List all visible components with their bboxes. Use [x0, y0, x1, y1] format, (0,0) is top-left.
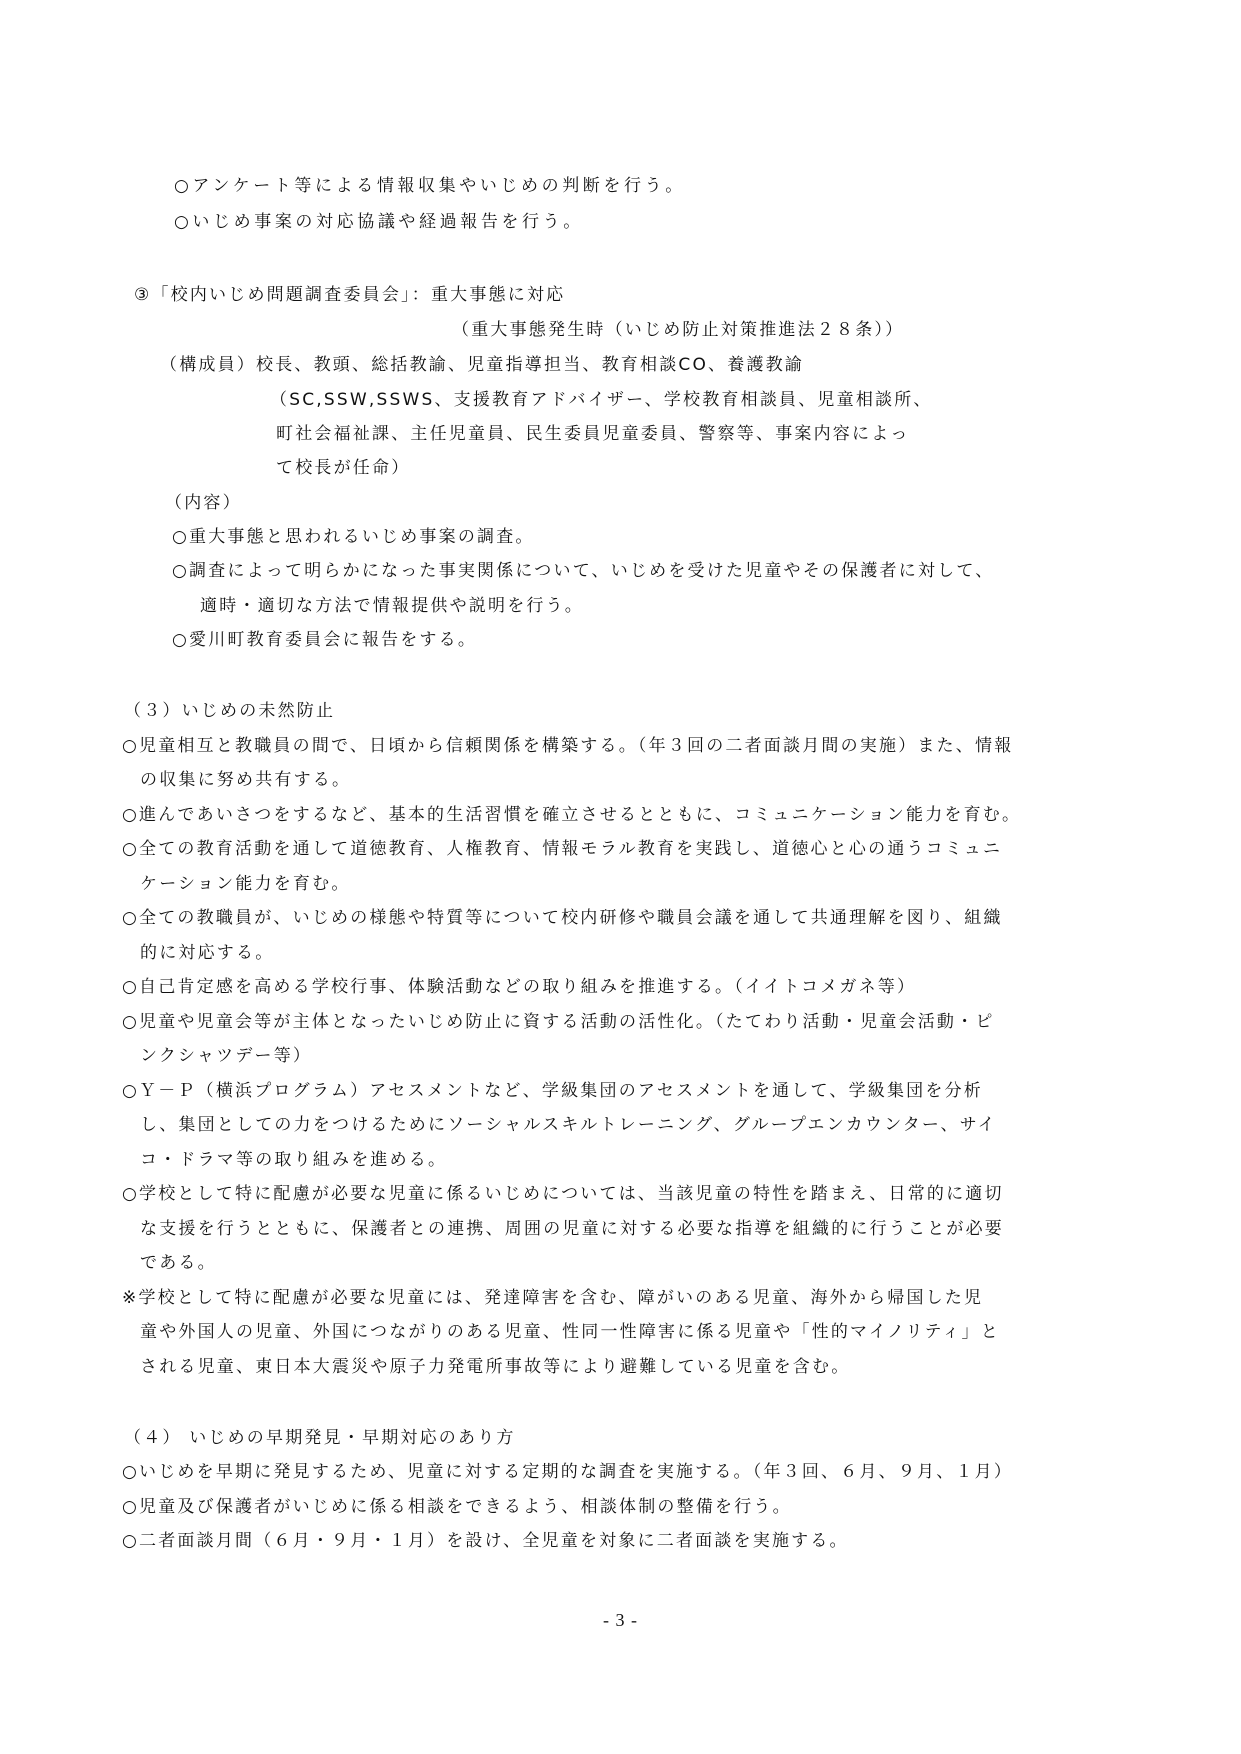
prevention-line: ○児童や児童会等が主体となったいじめ防止に資する活動の活性化。（たてわり活動・児… [122, 1012, 995, 1032]
early-detection-line: ○二者面談月間（６月・９月・１月）を設け、全児童を対象に二者面談を実施する。 [122, 1531, 849, 1551]
section-heading: ③「校内いじめ問題調査委員会」：重大事態に対応 [134, 285, 565, 305]
prevention-line: ○学校として特に配慮が必要な児童に係るいじめについては、当該児童の特性を踏まえ、… [122, 1184, 1004, 1204]
content-item: ○調査によって明らかになった事実関係について、いじめを受けた児童やその保護者に対… [172, 561, 994, 581]
prevention-line: ○Ｙ－Ｐ（横浜プログラム）アセスメントなど、学級集団のアセスメントを通して、学級… [122, 1081, 983, 1101]
members-line: （SC,SSW,SSWS、支援教育アドバイザー、学校教育相談員、児童相談所、 [270, 390, 933, 410]
prevention-line: ○進んであいさつをするなど、基本的生活習慣を確立させるとともに、コミュニケーショ… [122, 805, 1021, 825]
members-line: 町社会福祉課、主任児童員、民生委員児童委員、警察等、事案内容によっ [276, 424, 910, 444]
section-subheading: （重大事態発生時（いじめ防止対策推進法２８条）） [452, 320, 904, 340]
members-line: て校長が任命） [276, 458, 410, 478]
prevention-line: ○全ての教職員が、いじめの様態や特質等について校内研修や職員会議を通して共通理解… [122, 908, 1003, 928]
note-line: ※学校として特に配慮が必要な児童には、発達障害を含む、障がいのある児童、海外から… [122, 1288, 983, 1308]
section-heading: （３）いじめの未然防止 [124, 701, 335, 721]
prevention-line: ○自己肯定感を高める学校行事、体験活動などの取り組みを推進する。（イイトコメガネ… [122, 977, 916, 997]
document-page: ○アンケート等による情報収集やいじめの判断を行う。 ○いじめ事案の対応協議や経過… [0, 0, 1241, 1754]
content-item: ○愛川町教育委員会に報告をする。 [172, 630, 477, 650]
note-line: 童や外国人の児童、外国につながりのある児童、性同一性障害に係る児童や「性的マイノ… [140, 1322, 1000, 1342]
members-line: （構成員）校長、教頭、総括教諭、児童指導担当、教育相談CO、養護教諭 [160, 355, 804, 375]
prevention-line: である。 [140, 1253, 217, 1273]
prevention-line: ケーション能力を育む。 [140, 874, 351, 894]
prevention-line: の収集に努め共有する。 [140, 770, 351, 790]
content-item: ○重大事態と思われるいじめ事案の調査。 [172, 527, 535, 547]
content-item: 適時・適切な方法で情報提供や説明を行う。 [200, 596, 584, 616]
page-number: - 3 - [0, 1610, 1241, 1631]
note-line: される児童、東日本大震災や原子力発電所事故等により避難している児童を含む。 [140, 1357, 850, 1377]
prevention-line: し、集団としての力をつけるためにソーシャルスキルトレーニング、グループエンカウン… [140, 1115, 997, 1135]
early-detection-line: ○児童及び保護者がいじめに係る相談をできるよう、相談体制の整備を行う。 [122, 1497, 792, 1517]
prevention-line: 的に対応する。 [140, 943, 274, 963]
prevention-line: ンクシャツデー等） [140, 1046, 312, 1066]
section-heading: （４） いじめの早期発見・早期対応のあり方 [124, 1428, 516, 1448]
early-detection-line: ○いじめを早期に発見するため、児童に対する定期的な調査を実施する。（年３回、６月… [122, 1462, 1013, 1482]
committee-item: ○アンケート等による情報収集やいじめの判断を行う。 [174, 176, 686, 196]
content-label: （内容） [165, 493, 242, 513]
prevention-line: な支援を行うとともに、保護者との連携、周囲の児童に対する必要な指導を組織的に行う… [140, 1219, 1004, 1239]
prevention-line: コ・ドラマ等の取り組みを進める。 [140, 1150, 447, 1170]
committee-item: ○いじめ事案の対応協議や経過報告を行う。 [174, 212, 584, 232]
prevention-line: ○全ての教育活動を通して道徳教育、人権教育、情報モラル教育を実践し、道徳心と心の… [122, 839, 1002, 859]
prevention-line: ○児童相互と教職員の間で、日頃から信頼関係を構築する。（年３回の二者面談月間の実… [122, 736, 1013, 756]
